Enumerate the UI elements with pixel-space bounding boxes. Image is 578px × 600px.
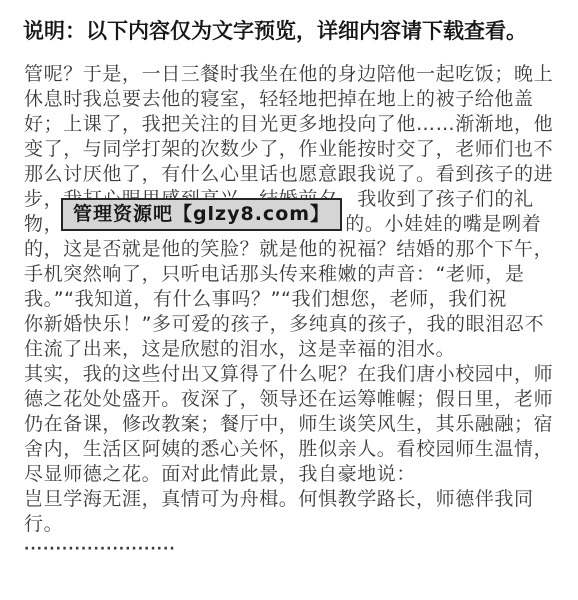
text-line: 手机突然响了，只听电话那头传来稚嫩的声音：“老师，是 <box>24 262 578 287</box>
preview-notice: 说明：以下内容仅为文字预览，详细内容请下载查看。 <box>23 18 578 44</box>
text-line: 我。”“我知道，有什么事吗？”“我们想您，老师，我们祝 <box>24 287 578 312</box>
ellipsis-dots-line: ························ <box>24 537 578 562</box>
text-line: 变了，与同学打架的次数少了，作业能按时交了，老师们也不 <box>24 137 578 162</box>
text-line: 其实，我的这些付出又算得了什么呢？在我们唐小校园中，师 <box>24 362 578 387</box>
text-fragment-right: 的。小娃娃的嘴是咧着 <box>345 213 541 235</box>
text-line: 住流了出来，这是欣慰的泪水，这是幸福的泪水。 <box>24 337 578 362</box>
watermark-box: 管理资源吧【glzy8.com】 <box>61 198 342 231</box>
text-line: 仍在备课，修改教案；餐厅中，师生谈笑风生，其乐融融；宿 <box>24 412 578 437</box>
text-line: 你新婚快乐！”多可爱的孩子，多纯真的孩子，我的眼泪忍不 <box>24 312 578 337</box>
text-line: 尽显师德之花。面对此情此景，我自豪地说： <box>24 462 578 487</box>
text-line: 德之花处处盛开。夜深了，领导还在运筹帷幄；假日里，老师 <box>24 387 578 412</box>
document-body-text: 管呢？于是，一日三餐时我坐在他的身边陪他一起吃饭；晚上 休息时我总要去他的寝室，… <box>24 62 578 562</box>
document-preview-page: 说明：以下内容仅为文字预览，详细内容请下载查看。 管呢？于是，一日三餐时我坐在他… <box>0 0 578 600</box>
text-line: 休息时我总要去他的寝室，轻轻地把掉在地上的被子给他盖 <box>24 87 578 112</box>
text-line: 管呢？于是，一日三餐时我坐在他的身边陪他一起吃饭；晚上 <box>24 62 578 87</box>
text-line: 行。 <box>24 512 578 537</box>
text-line: 的，这是否就是他的笑脸？就是他的祝福？结婚的那个下午， <box>24 237 578 262</box>
text-line: 岂旦学海无涯，真情可为舟楫。何惧教学路长，师德伴我同 <box>24 487 578 512</box>
text-line: 好；上课了，我把关注的目光更多地投向了他……渐渐地，他 <box>24 112 578 137</box>
text-line: 舍内，生活区阿姨的悉心关怀，胜似亲人。看校园师生温情， <box>24 437 578 462</box>
text-line: 那么讨厌他了，有什么心里话也愿意跟我说了。看到孩子的进 <box>24 162 578 187</box>
text-fragment-left: 物， <box>24 213 63 235</box>
